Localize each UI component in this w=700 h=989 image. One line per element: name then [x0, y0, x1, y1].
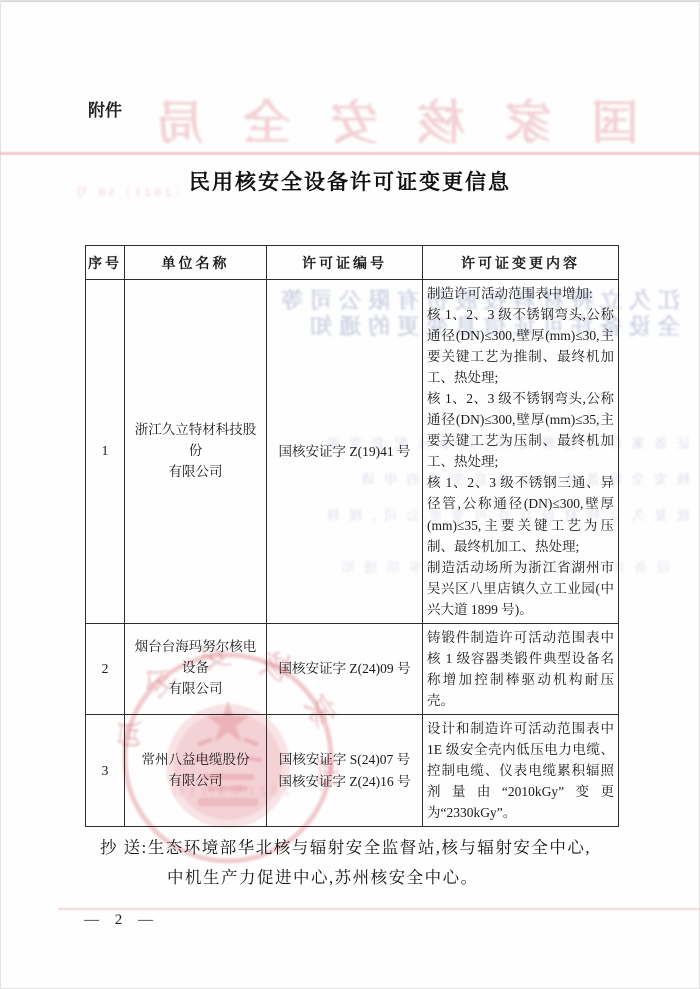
- page-title: 民用核安全设备许可证变更信息: [0, 166, 700, 196]
- row3-unit-name-line1: 常州八益电缆股份: [129, 750, 262, 771]
- header-license-no: 许可证编号: [267, 246, 423, 280]
- bleedthrough-letterhead-text: 国家核安全局: [100, 86, 655, 153]
- table-row: 2 烟台台海玛努尔核电设备 有限公司 国核安证字 Z(24)09 号 铸锻件制造…: [86, 623, 619, 714]
- row1-change-content: 制造许可活动范围表中增加: 核 1、2、3 级不锈钢弯头,公称通径(DN)≤30…: [423, 280, 619, 624]
- row1-license-line1: 国核安证字 Z(19)41 号: [271, 441, 418, 463]
- scanned-document-page: 国家核安全局 〔2021〕58 号 江久立特材科技股份有限公司等 全设备许可证信…: [0, 0, 700, 989]
- row3-unit-name: 常州八益电缆股份 有限公司: [125, 714, 267, 826]
- bleedthrough-footer-rule: [58, 908, 700, 910]
- row1-content-item1: 制造许可活动范围表中增加:: [427, 283, 614, 304]
- row1-content-item4: 核 1、2、3 级不锈钢三通、异径管,公称通径(DN)≤300,壁厚(mm)≤3…: [427, 472, 614, 556]
- page-number: — 2 —: [84, 912, 159, 929]
- row2-license-line1: 国核安证字 Z(24)09 号: [271, 658, 418, 680]
- row3-content-item1: 设计和制造许可活动范围表中 1E 级安全壳内低压电力电缆、控制电缆、仪表电缆累积…: [427, 718, 614, 823]
- row2-unit-name-line2: 有限公司: [129, 679, 262, 700]
- header-serial-no: 序号: [86, 246, 125, 280]
- row2-unit-name-line1: 烟台台海玛努尔核电设备: [129, 637, 262, 679]
- cc-recipients-line1: 抄 送:生态环境部华北核与辐射安全监督站,核与辐射安全中心,: [100, 834, 591, 858]
- row1-unit-name-line2: 有限公司: [129, 462, 262, 483]
- row3-license-line1: 国核安证字 S(24)07 号: [271, 749, 418, 771]
- header-unit-name: 单位名称: [125, 246, 267, 280]
- row2-change-content: 铸锻件制造许可活动范围表中核 1 级容器类锻件典型设备名称增加控制棒驱动机构耐压…: [423, 623, 619, 714]
- table-row: 1 浙江久立特材科技股份 有限公司 国核安证字 Z(19)41 号 制造许可活动…: [86, 280, 619, 624]
- row1-content-item5: 制造活动场所为浙江省湖州市吴兴区八里店镇久立工业园(中兴大道 1899 号)。: [427, 557, 614, 620]
- row1-unit-name: 浙江久立特材科技股份 有限公司: [125, 280, 267, 624]
- row3-license-no: 国核安证字 S(24)07 号 国核安证字 Z(24)16 号: [267, 714, 423, 826]
- cc-recipients-line2: 中机生产力促进中心,苏州核安全中心。: [167, 864, 479, 888]
- row3-unit-name-line2: 有限公司: [129, 771, 262, 792]
- row1-content-item3: 核 1、2、3 级不锈钢弯头,公称通径(DN)≤300,壁厚(mm)≤35,主要…: [427, 388, 614, 472]
- row2-license-no: 国核安证字 Z(24)09 号: [267, 623, 423, 714]
- row1-serial-no: 1: [86, 280, 125, 624]
- attachment-label: 附件: [88, 96, 122, 121]
- row3-serial-no: 3: [86, 714, 125, 826]
- row1-unit-name-line1: 浙江久立特材科技股份: [129, 420, 262, 462]
- bleedthrough-letterhead-rule: [0, 152, 700, 155]
- header-change-content: 许可证变更内容: [423, 246, 619, 280]
- row2-unit-name: 烟台台海玛努尔核电设备 有限公司: [125, 623, 267, 714]
- row3-change-content: 设计和制造许可活动范围表中 1E 级安全壳内低压电力电缆、控制电缆、仪表电缆累积…: [423, 714, 619, 826]
- table-header-row: 序号 单位名称 许可证编号 许可证变更内容: [86, 246, 619, 280]
- row2-content-item1: 铸锻件制造许可活动范围表中核 1 级容器类锻件典型设备名称增加控制棒驱动机构耐压…: [427, 627, 614, 711]
- row1-content-item2: 核 1、2、3 级不锈钢弯头,公称通径(DN)≤300,壁厚(mm)≤30,主要…: [427, 304, 614, 388]
- row2-serial-no: 2: [86, 623, 125, 714]
- row1-license-no: 国核安证字 Z(19)41 号: [267, 280, 423, 624]
- license-change-table: 序号 单位名称 许可证编号 许可证变更内容 1 浙江久立特材科技股份 有限公司 …: [85, 245, 619, 827]
- row3-license-line2: 国核安证字 Z(24)16 号: [271, 771, 418, 793]
- table-row: 3 常州八益电缆股份 有限公司 国核安证字 S(24)07 号 国核安证字 Z(…: [86, 714, 619, 826]
